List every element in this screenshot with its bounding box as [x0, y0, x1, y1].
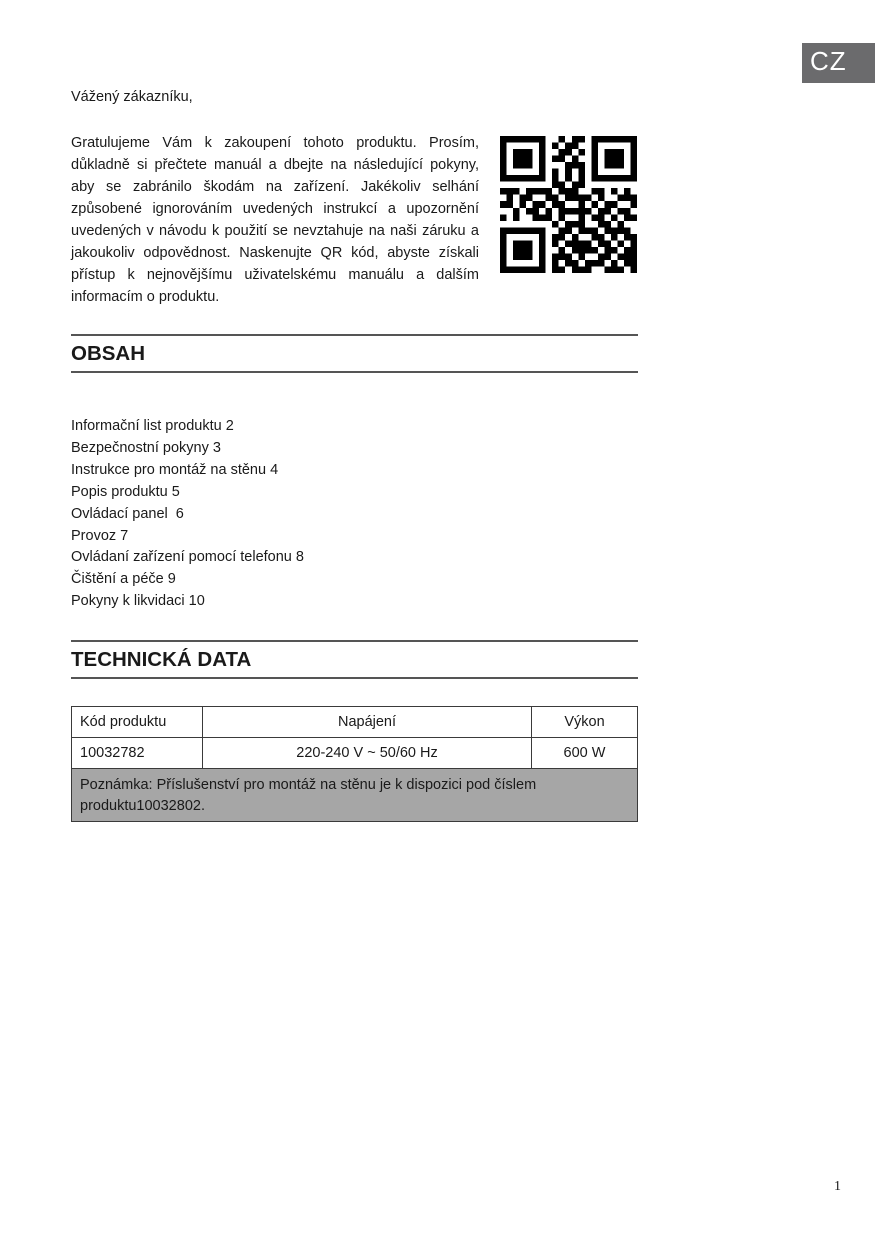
cell-product-code: 10032782 [72, 738, 203, 769]
toc-item[interactable]: Bezpečnostní pokyny 3 [71, 438, 304, 460]
table-row: 10032782 220-240 V ~ 50/60 Hz 600 W [72, 738, 638, 769]
toc-item[interactable]: Provoz 7 [71, 526, 304, 548]
section-divider-top [71, 334, 638, 336]
section-divider-top [71, 640, 638, 642]
toc-item[interactable]: Čištění a péče 9 [71, 569, 304, 591]
toc-item[interactable]: Instrukce pro montáž na stěnu 4 [71, 460, 304, 482]
toc-item[interactable]: Ovládaní zařízení pomocí telefonu 8 [71, 547, 304, 569]
technical-data-heading: TECHNICKÁ DATA [71, 648, 251, 672]
table-header-row: Kód produktu Napájení Výkon [72, 707, 638, 738]
header-power-supply: Napájení [203, 707, 532, 738]
toc-item[interactable]: Ovládací panel 6 [71, 504, 304, 526]
language-tab: CZ [802, 43, 875, 83]
cell-power-supply: 220-240 V ~ 50/60 Hz [203, 738, 532, 769]
table-of-contents: Informační list produktu 2 Bezpečnostní … [71, 416, 304, 613]
cell-power-output: 600 W [532, 738, 638, 769]
page-number: 1 [834, 1179, 841, 1195]
toc-item[interactable]: Popis produktu 5 [71, 482, 304, 504]
greeting: Vážený zákazníku, [71, 89, 193, 105]
technical-data-table: Kód produktu Napájení Výkon 10032782 220… [71, 706, 638, 822]
section-divider-bottom [71, 371, 638, 373]
section-divider-bottom [71, 677, 638, 679]
header-power-output: Výkon [532, 707, 638, 738]
header-product-code: Kód produktu [72, 707, 203, 738]
table-note-row: Poznámka: Příslušenství pro montáž na st… [72, 769, 638, 822]
note-text: Poznámka: Příslušenství pro montáž na st… [72, 769, 638, 822]
intro-paragraph: Gratulujeme Vám k zakoupení tohoto produ… [71, 132, 479, 308]
toc-item[interactable]: Informační list produktu 2 [71, 416, 304, 438]
qr-code-icon[interactable] [500, 136, 637, 273]
toc-item[interactable]: Pokyny k likvidaci 10 [71, 591, 304, 613]
contents-heading: OBSAH [71, 342, 145, 366]
